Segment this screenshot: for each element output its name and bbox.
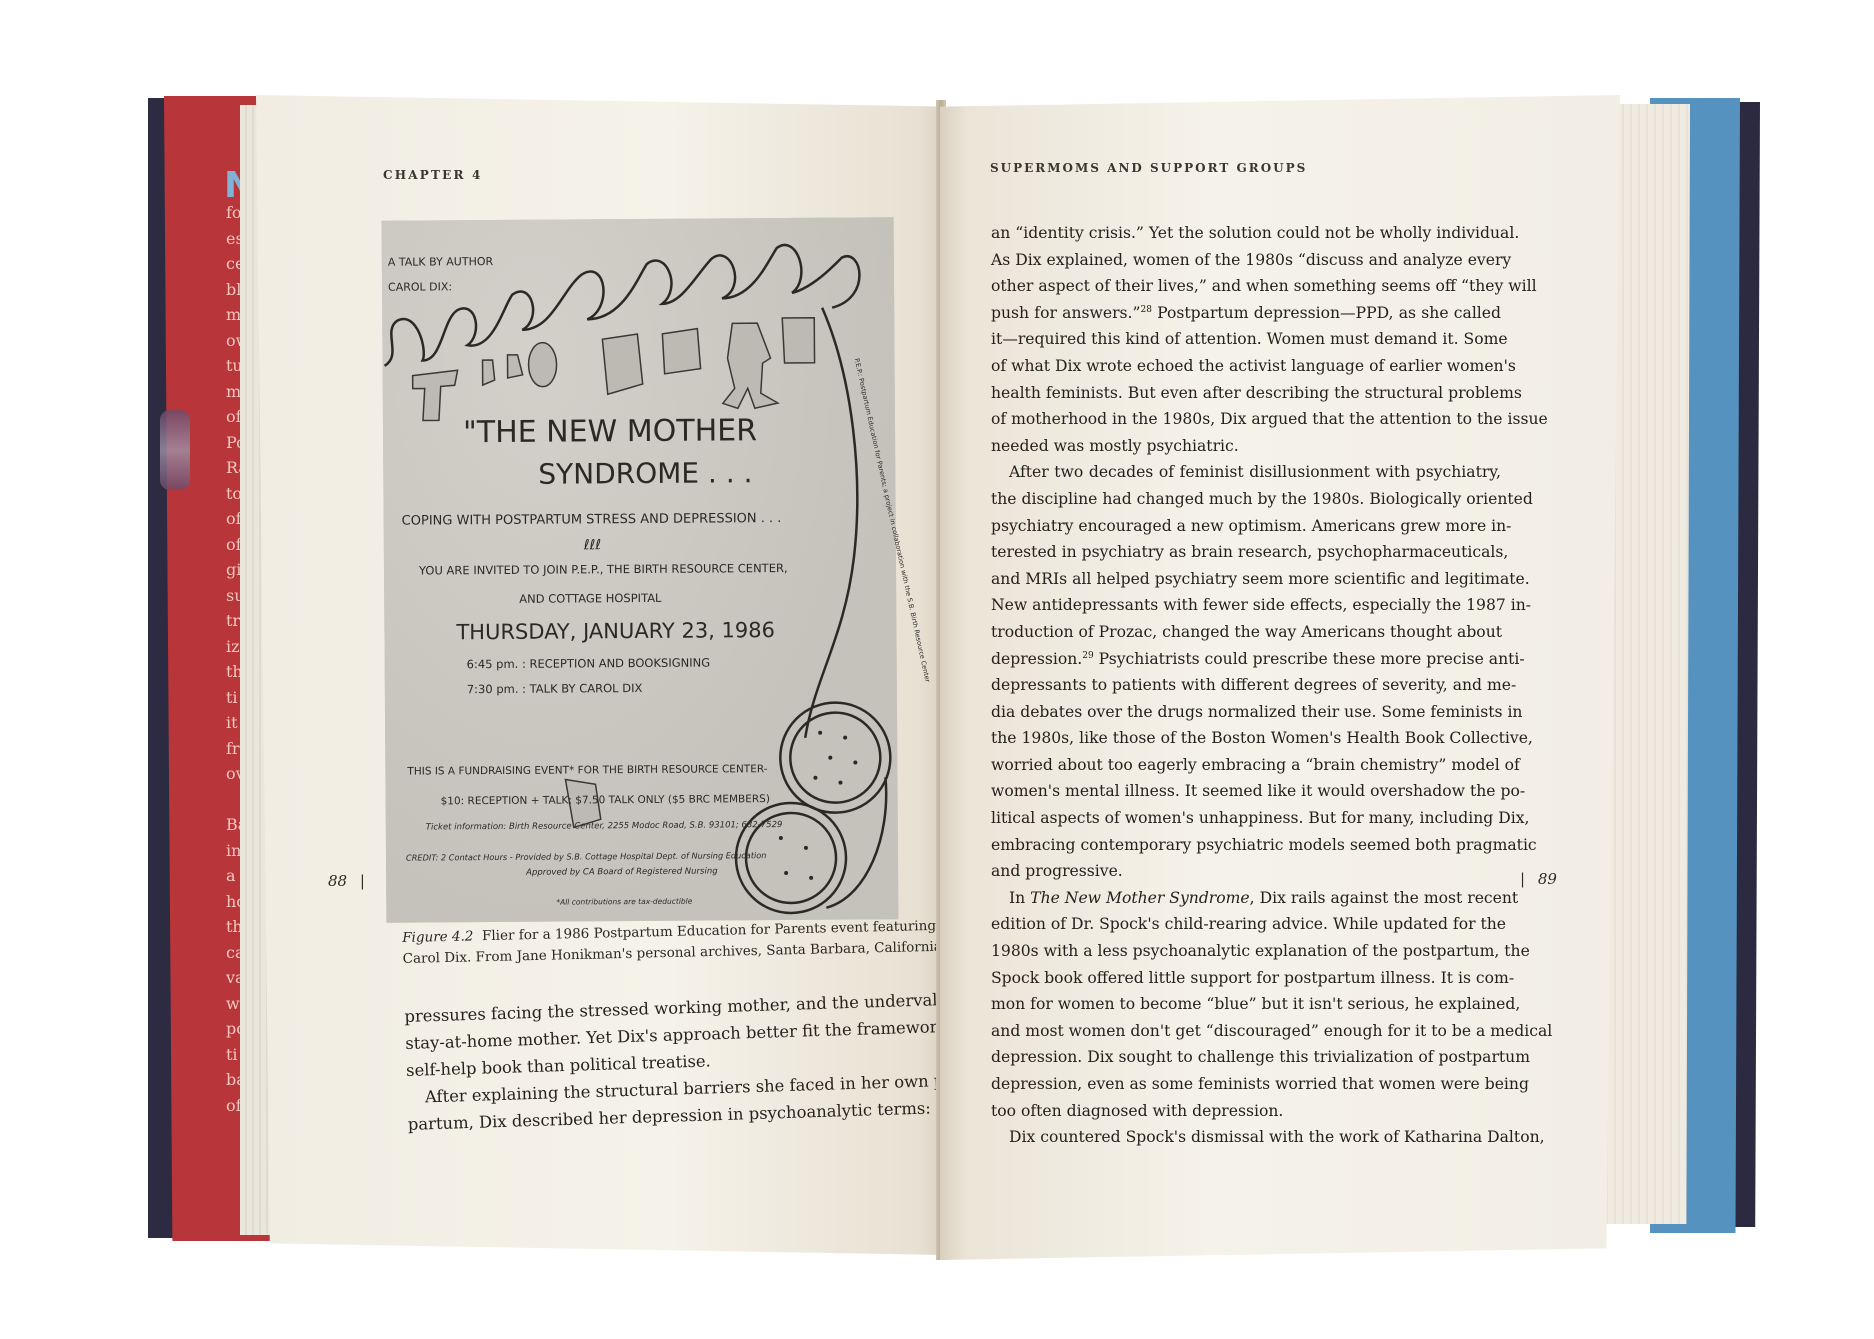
body-line: of motherhood in the 1980s, Dix argued t… xyxy=(991,406,1501,433)
page-number-left: 88 | xyxy=(328,872,365,890)
right-body-text: an “identity crisis.” Yet the solution c… xyxy=(991,220,1501,1151)
flier-footnote: *All contributions are tax-deductible xyxy=(556,897,692,907)
line-text: push for answers.” xyxy=(991,304,1140,322)
line-text: In xyxy=(1009,889,1030,907)
body-line: and most women don't get “discouraged” e… xyxy=(991,1018,1501,1045)
flier-prices: $10: RECEPTION + TALK; $7.50 TALK ONLY (… xyxy=(441,793,770,807)
endnote-29[interactable]: 29 xyxy=(1082,650,1093,660)
page-number-rule: | xyxy=(1520,870,1525,888)
flier-carol-dix: CAROL DIX: xyxy=(388,280,452,293)
body-line: and progressive. xyxy=(991,858,1501,885)
flier-invite-line1: YOU ARE INVITED TO JOIN P.E.P., THE BIRT… xyxy=(419,561,788,578)
body-line: depressants to patients with different d… xyxy=(991,672,1501,699)
body-line: Dix countered Spock's dismissal with the… xyxy=(991,1124,1501,1151)
body-line: terested in psychiatry as brain research… xyxy=(991,539,1501,566)
body-line: depression. Dix sought to challenge this… xyxy=(991,1044,1501,1071)
page-number-rule: | xyxy=(360,872,365,890)
page-number-value: 88 xyxy=(328,872,347,890)
body-line: needed was mostly psychiatric. xyxy=(991,433,1501,460)
flier-invite-line2: AND COTTAGE HOSPITAL xyxy=(519,591,661,606)
body-line: As Dix explained, women of the 1980s “di… xyxy=(991,247,1501,274)
flier-title-line2: SYNDROME . . . xyxy=(538,456,752,490)
body-line: troduction of Prozac, changed the way Am… xyxy=(991,619,1501,646)
page-number-right: | 89 xyxy=(1520,870,1557,888)
body-line: of what Dix wrote echoed the activist la… xyxy=(991,353,1501,380)
body-line: Spock book offered little support for po… xyxy=(991,965,1501,992)
body-line: other aspect of their lives,” and when s… xyxy=(991,273,1501,300)
flier-subtitle: COPING WITH POSTPARTUM STRESS AND DEPRES… xyxy=(402,511,782,529)
body-line: embracing contemporary psychiatric model… xyxy=(991,832,1501,859)
body-line: worried about too eagerly embracing a “b… xyxy=(991,752,1501,779)
flier-title-line1: "THE NEW MOTHER xyxy=(463,413,757,450)
body-line: the discipline had changed much by the 1… xyxy=(991,486,1501,513)
page-number-value: 89 xyxy=(1538,870,1557,888)
body-line: health feminists. But even after describ… xyxy=(991,380,1501,407)
body-line: psychiatry encouraged a new optimism. Am… xyxy=(991,513,1501,540)
caption-label: Figure 4.2 xyxy=(402,928,474,946)
running-head-left: CHAPTER 4 xyxy=(383,168,483,182)
flier-schedule-1: 6:45 pm. : RECEPTION AND BOOKSIGNING xyxy=(467,656,711,672)
flier-date: THURSDAY, JANUARY 23, 1986 xyxy=(456,618,775,644)
body-line: dia debates over the drugs normalized th… xyxy=(991,699,1501,726)
flier-credit-line2: Approved by CA Board of Registered Nursi… xyxy=(526,866,718,877)
book-title: The New Mother Syndrome xyxy=(1030,889,1250,907)
flier-schedule-2: 7:30 pm. : TALK BY CAROL DIX xyxy=(467,681,643,696)
flier-talk-by-author: A TALK BY AUTHOR xyxy=(388,255,493,269)
body-line: an “identity crisis.” Yet the solution c… xyxy=(991,220,1501,247)
body-line: too often diagnosed with depression. xyxy=(991,1098,1501,1125)
body-line: the 1980s, like those of the Boston Wome… xyxy=(991,725,1501,752)
endnote-28[interactable]: 28 xyxy=(1140,305,1151,315)
body-line: edition of Dr. Spock's child-rearing adv… xyxy=(991,911,1501,938)
body-line: mon for women to become “blue” but it is… xyxy=(991,991,1501,1018)
body-line: and MRIs all helped psychiatry seem more… xyxy=(991,566,1501,593)
flier-flourish: ℓℓℓ xyxy=(584,537,601,553)
body-line: push for answers.”28 Postpartum depressi… xyxy=(991,300,1501,327)
body-line: litical aspects of women's unhappiness. … xyxy=(991,805,1501,832)
body-line: women's mental illness. It seemed like i… xyxy=(991,778,1501,805)
running-head-right: SUPERMOMS AND SUPPORT GROUPS xyxy=(990,161,1307,175)
body-line: depression, even as some feminists worri… xyxy=(991,1071,1501,1098)
body-line: it—required this kind of attention. Wome… xyxy=(991,326,1501,353)
body-line: depression.29 Psychiatrists could prescr… xyxy=(991,646,1501,673)
line-text: Psychiatrists could prescribe these more… xyxy=(1094,650,1525,668)
body-line: New antidepressants with fewer side effe… xyxy=(991,592,1501,619)
line-text: , Dix rails against the most recent xyxy=(1250,889,1519,907)
flier-fundraising: THIS IS A FUNDRAISING EVENT* FOR THE BIR… xyxy=(407,763,767,778)
figure-flier-image: A TALK BY AUTHOR CAROL DIX: "THE NEW MOT… xyxy=(382,217,899,923)
body-line: After two decades of feminist disillusio… xyxy=(991,459,1501,486)
left-body-text: pressures facing the stressed working mo… xyxy=(404,987,908,1138)
body-line: 1980s with a less psychoanalytic explana… xyxy=(991,938,1501,965)
line-text: depression. xyxy=(991,650,1082,668)
body-line: In The New Mother Syndrome, Dix rails ag… xyxy=(991,885,1501,912)
line-text: Postpartum depression—PPD, as she called xyxy=(1152,304,1501,322)
cover-photo-fragment xyxy=(160,410,190,490)
